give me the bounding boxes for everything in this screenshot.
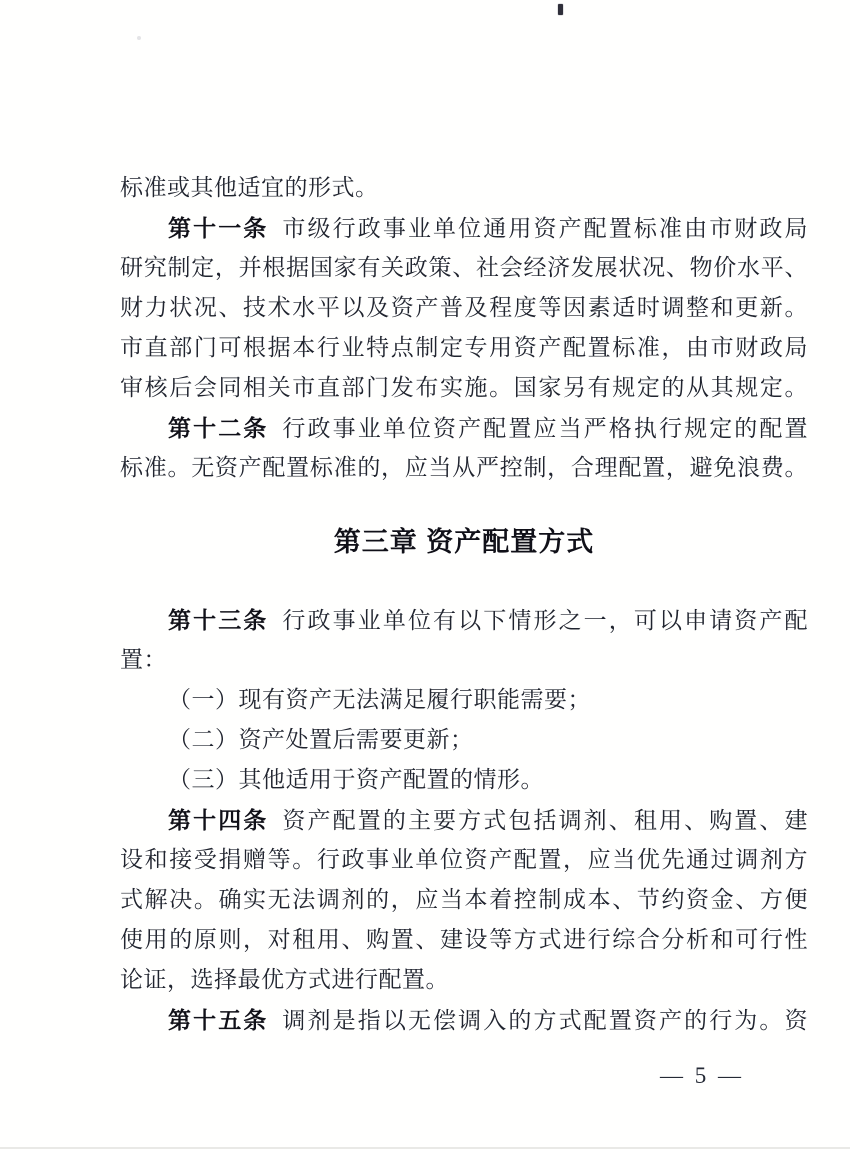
text-line: 论证，选择最优方式进行配置。 <box>120 960 808 1000</box>
line-text: 市直部门可根据本行业特点制定专用资产配置标准，由市财政局 <box>120 335 808 360</box>
line-text: 资产配置的主要方式包括调剂、租用、购置、建 <box>282 808 808 833</box>
text-line: 设和接受捐赠等。行政事业单位资产配置，应当优先通过调剂方 <box>120 840 808 880</box>
line-text: 行政事业单位资产配置应当严格执行规定的配置 <box>282 416 808 441</box>
line-text: 式解决。确实无法调剂的，应当本着控制成本、节约资金、方便 <box>120 887 808 912</box>
text-line: 第十五条调剂是指以无偿调入的方式配置资产的行为。资 <box>120 1000 808 1040</box>
line-text: （二）资产处置后需要更新； <box>168 727 474 752</box>
scan-artifact-speck <box>558 4 563 15</box>
line-text: 调剂是指以无偿调入的方式配置资产的行为。资 <box>282 1008 808 1033</box>
article-number: 第十二条 <box>168 415 268 441</box>
line-text: 财力状况、技术水平以及资产普及程度等因素适时调整和更新。 <box>120 295 808 320</box>
line-text: 设和接受捐赠等。行政事业单位资产配置，应当优先通过调剂方 <box>120 847 808 872</box>
article-number: 第十一条 <box>168 215 268 241</box>
text-line: 第十三条行政事业单位有以下情形之一，可以申请资产配 <box>120 600 808 640</box>
scan-edge-line <box>0 1147 850 1149</box>
line-text: 论证，选择最优方式进行配置。 <box>120 967 449 992</box>
text-line: 研究制定，并根据国家有关政策、社会经济发展状况、物价水平、 <box>120 248 808 288</box>
text-line: 使用的原则，对租用、购置、建设等方式进行综合分析和可行性 <box>120 920 808 960</box>
line-text: 审核后会同相关市直部门发布实施。国家另有规定的从其规定。 <box>120 375 808 400</box>
article-number: 第十五条 <box>168 1007 268 1033</box>
line-text: 标准或其他适宜的形式。 <box>120 175 379 200</box>
text-line: 标准或其他适宜的形式。 <box>120 168 808 208</box>
document-page: 标准或其他适宜的形式。第十一条市级行政事业单位通用资产配置标准由市财政局研究制定… <box>0 0 850 1150</box>
article-number: 第十四条 <box>168 807 268 833</box>
text-line: 第十一条市级行政事业单位通用资产配置标准由市财政局 <box>120 208 808 248</box>
line-text: 使用的原则，对租用、购置、建设等方式进行综合分析和可行性 <box>120 927 808 952</box>
text-line: 标准。无资产配置标准的，应当从严控制，合理配置，避免浪费。 <box>120 448 808 488</box>
text-line: （三）其他适用于资产配置的情形。 <box>120 760 808 800</box>
line-text: 第三章 资产配置方式 <box>334 527 595 557</box>
scan-artifact-dot <box>137 36 141 40</box>
text-line: 第十二条行政事业单位资产配置应当严格执行规定的配置 <box>120 408 808 448</box>
text-line: 式解决。确实无法调剂的，应当本着控制成本、节约资金、方便 <box>120 880 808 920</box>
line-text: 标准。无资产配置标准的，应当从严控制，合理配置，避免浪费。 <box>120 455 808 480</box>
chapter-heading: 第三章 资产配置方式 <box>120 520 808 564</box>
document-body: 标准或其他适宜的形式。第十一条市级行政事业单位通用资产配置标准由市财政局研究制定… <box>120 168 808 1040</box>
page-number: — 5 — <box>660 1063 744 1089</box>
line-text: 行政事业单位有以下情形之一，可以申请资产配 <box>282 608 808 633</box>
text-line: 第十四条资产配置的主要方式包括调剂、租用、购置、建 <box>120 800 808 840</box>
text-line: （一）现有资产无法满足履行职能需要； <box>120 680 808 720</box>
line-text: （一）现有资产无法满足履行职能需要； <box>168 687 591 712</box>
text-line: 市直部门可根据本行业特点制定专用资产配置标准，由市财政局 <box>120 328 808 368</box>
text-line: （二）资产处置后需要更新； <box>120 720 808 760</box>
text-line: 置： <box>120 640 808 680</box>
text-line: 财力状况、技术水平以及资产普及程度等因素适时调整和更新。 <box>120 288 808 328</box>
line-text: 置： <box>120 647 167 672</box>
line-text: 研究制定，并根据国家有关政策、社会经济发展状况、物价水平、 <box>120 255 808 280</box>
text-line: 审核后会同相关市直部门发布实施。国家另有规定的从其规定。 <box>120 368 808 408</box>
line-text: 市级行政事业单位通用资产配置标准由市财政局 <box>282 216 808 241</box>
article-number: 第十三条 <box>168 607 268 633</box>
line-text: （三）其他适用于资产配置的情形。 <box>168 767 544 792</box>
